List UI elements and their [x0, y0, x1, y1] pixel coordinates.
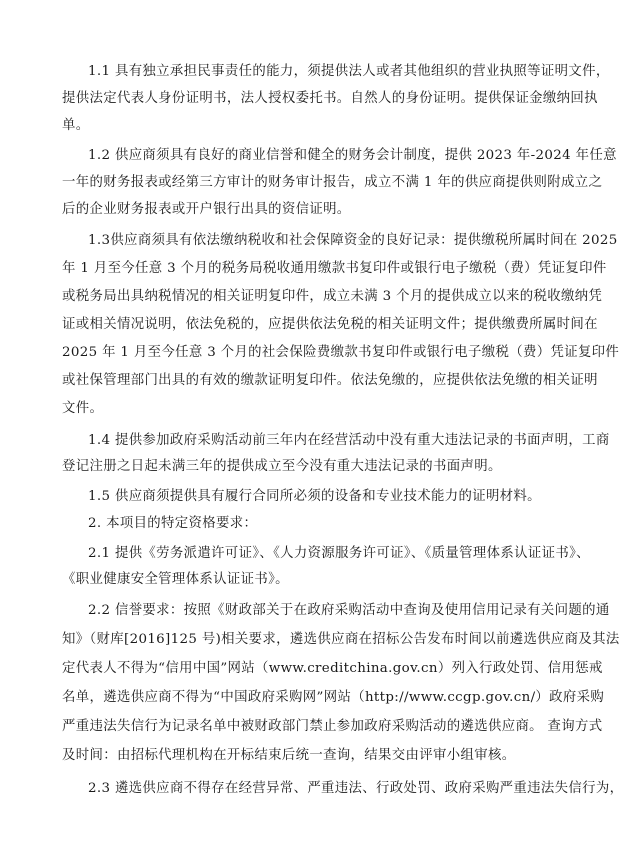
paragraph-line: 或税务局出具纳税情况的相关证明复印件，成立未满 3 个月的提供成立以来的税收缴纳…	[62, 289, 602, 305]
paragraph-line: 年 1 月至今任意 3 个月的税务局税收通用缴款书复印件或银行电子缴税（费）凭证…	[62, 261, 607, 277]
paragraph-line: 一年的财务报表或经第三方审计的财务审计报告，成立不满 1 年的供应商提供则附成立…	[62, 175, 602, 191]
paragraph-line: 2.1 提供《劳务派遣许可证》、《人力资源服务许可证》、《质量管理体系认证证书》…	[88, 546, 590, 562]
paragraph-line: 登记注册之日起未满三年的提供成立至今没有重大违法记录的书面声明。	[62, 459, 502, 475]
paragraph-line: 1.5 供应商须提供具有履行合同所必须的设备和专业技术能力的证明材料。	[88, 489, 541, 505]
paragraph-line: 提供法定代表人身份证明书，法人授权委托书。自然人的身份证明。提供保证金缴纳回执	[62, 91, 598, 107]
document-page: 1.1 具有独立承担民事责任的能力，须提供法人或者其他组织的营业执照等证明文件，…	[0, 0, 624, 847]
paragraph-line: 2. 本项目的特定资格要求：	[88, 516, 257, 532]
paragraph-line: 定代表人不得为“信用中国”网站（www.creditchina.gov.cn）列…	[62, 661, 603, 677]
paragraph-line: 文件。	[62, 401, 103, 417]
paragraph-line: 1.3供应商须具有依法缴纳税收和社会保障资金的良好记录：提供缴税所属时间在 20…	[88, 233, 618, 249]
paragraph-line: 2025 年 1 月至今任意 3 个月的社会保险费缴款书复印件或银行电子缴税（费…	[62, 345, 619, 361]
paragraph-line: 知》（财库[2016]125 号)相关要求，遴选供应商在招标公告发布时间以前遴选…	[62, 632, 620, 648]
paragraph-line: 或社保管理部门出具的有效的缴款证明复印件。依法免缴的，应提供依法免缴的相关证明	[62, 373, 598, 389]
paragraph-line: 2.3 遴选供应商不得存在经营异常、严重违法、行政处罚、政府采购严重违法失信行为…	[88, 781, 623, 797]
paragraph-line: 《职业健康安全管理体系认证证书》。	[62, 572, 289, 588]
paragraph-line: 1.1 具有独立承担民事责任的能力，须提供法人或者其他组织的营业执照等证明文件，	[88, 64, 610, 80]
paragraph-line: 严重违法失信行为记录名单中被财政部门禁止参加政府采购活动的遴选供应商。 查询方式	[62, 719, 603, 735]
paragraph-line: 1.2 供应商须具有良好的商业信誉和健全的财务会计制度，提供 2023 年-20…	[88, 148, 617, 164]
paragraph-line: 名单，遴选供应商不得为“中国政府采购网”网站（http://www.ccgp.g…	[62, 690, 604, 706]
paragraph-line: 单。	[62, 118, 89, 134]
paragraph-line: 2.2 信誉要求：按照《财政部关于在政府采购活动中查询及使用信用记录有关问题的通	[88, 603, 610, 619]
paragraph-line: 1.4 提供参加政府采购活动前三年内在经营活动中没有重大违法记录的书面声明，工商	[88, 433, 610, 449]
paragraph-line: 后的企业财务报表或开户银行出具的资信证明。	[62, 202, 351, 218]
paragraph-line: 及时间：由招标代理机构在开标结束后统一查询，结果交由评审小组审核。	[62, 748, 515, 764]
paragraph-line: 证或相关情况说明，依法免税的，应提供依法免税的相关证明文件；提供缴费所属时间在	[62, 317, 598, 333]
